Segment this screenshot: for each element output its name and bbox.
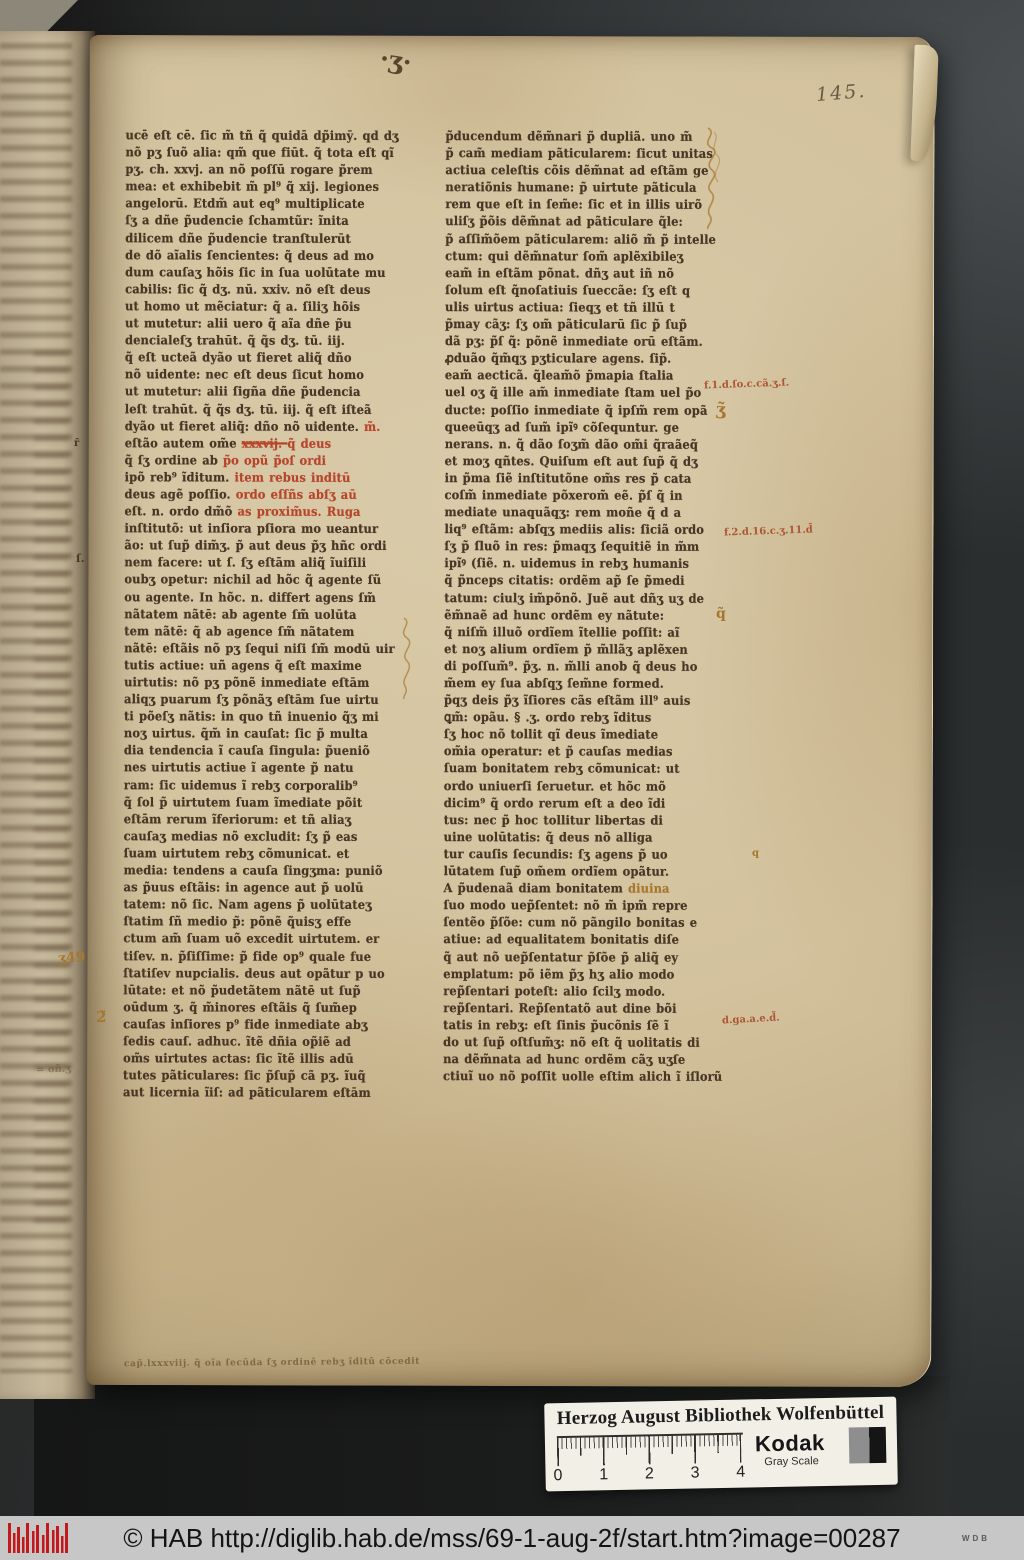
manuscript-line: oubʒ opetur: nichil ad hõc q̃ agente ſũ [124,571,446,590]
manuscript-line: ut mutetur: alii ſigña dñe p̃udencia [125,383,447,402]
ruler-number: 1 [599,1466,608,1484]
gray-scale-patch [849,1427,887,1464]
margin-annotation: ſ. [76,552,85,565]
margin-annotation: 2̃ [96,1008,106,1026]
manuscript-line: dyão ut fieret aliq̃: dño nõ uidente. m̃… [125,417,447,436]
margin-annotation: q [752,848,759,859]
kodak-gray-scale-card: Herzog August Bibliothek Wolfenbüttel 01… [544,1397,898,1492]
quire-mark: ·ʒ· [378,44,414,78]
manuscript-line: ordo uniuerſi ſeruetur. et hõc mõ [444,777,766,796]
manuscript-line: dilicem dñe p̃udencie tranſtulerūt [125,229,447,248]
ruler-number: 0 [553,1467,562,1485]
pen-flourish-icon [392,616,418,700]
scanned-manuscript-view: ucē eſt cē. ſic m̃ tñ q̃ quidā dp̃imȳ. q… [0,0,1024,1560]
manuscript-line: q̃ niſm̃ illuõ ordĩem ĩtellie poſſit: aĩ [444,623,766,642]
watermark-text: WDB [962,1534,990,1543]
manuscript-line: ſtatiſev nupcialis. deus aut opãtur p uo [123,964,445,983]
manuscript-line: ctum am̃ ſuam uõ excedit uirtutem. er [123,930,445,949]
manuscript-line: atiue: ad equalitatem bonitatis diſe [443,931,765,950]
margin-annotation: = oñ.ʒ [36,1063,71,1075]
manuscript-line: q̃ aut nõ uep̃ſentatur p̃ſõe p̃ aliq̃ ey [443,948,765,967]
margin-annotation: ʒ̃ [715,400,726,421]
manuscript-line: queeūqʒ ad ſum̃ ipĩꝰ cõſequntur. ge [445,418,767,437]
folio-number: 145. [815,80,867,106]
ruler-ticks [557,1435,742,1467]
margin-annotation: r̃ [74,438,79,449]
margin-annotation: q̃ [716,606,726,622]
ruler-number: 4 [736,1464,745,1482]
library-name-label: Herzog August Bibliothek Wolfenbüttel [544,1402,896,1431]
pen-flourish-icon [694,126,724,230]
manuscript-line: dicim⁹ q̃ ordo rerum eſt a deo ĩdi [444,794,766,813]
manuscript-line: eſtão autem om̃e xxxvij. q̃ deus [125,434,447,453]
facing-page-edge [0,31,95,1399]
page-corner-curl [910,45,938,162]
gray-scale-label: Gray Scale [764,1455,819,1468]
manuscript-line: tiſev. n. p̃ſiſſime: p̃ fide op⁹ quale f… [123,947,445,966]
photograph-area: ucē eſt cē. ſic m̃ tñ q̃ quidā dp̃imȳ. q… [0,0,1024,1516]
manuscript-line: p̃ aſſim̃õem pãticularem: aliõ m̃ p̃ int… [445,230,767,249]
manuscript-line: ram: ſic uidemus ĩ rebʒ corporalib⁹ [124,776,446,795]
manuscript-line: aut licernia ĩiſ: ad pãticularem eſtām [123,1084,445,1103]
manuscript-line: leſt trahūt. q̃ q̃s dʒ. tū. iij. q̃ eſt … [125,400,447,419]
ruler-number: 2 [645,1465,654,1483]
facing-page-blurred-text [34,351,68,1231]
margin-annotation: ʒ49 [58,949,86,966]
manuscript-line: ctiuĩ uo nõ poſſit uolle eſtim alich ĩ i… [443,1067,765,1086]
manuscript-line: ctum: qui dẽm̃natur ſom̃ aplẽxibileʒ [445,247,767,266]
manuscript-line: nes uirtutis actiue ĩ agente p̃ natu [124,759,446,778]
text-column-left: ucē eſt cē. ſic m̃ tñ q̃ quidā dp̃imȳ. q… [123,127,448,1102]
manuscript-line: ou agente. In hõc. n. differt agens ſm̃ [124,588,446,607]
manuscript-line: nerans. n. q̃ dão ſoʒm̃ dão om̃i q̃raãeq… [445,435,767,454]
manuscript-line: rep̃ſentari poteſt: alio ſcilʒ modo. [443,982,765,1001]
caption-bar: © HAB http://diglib.hab.de/mss/69-1-aug-… [0,1516,1024,1560]
copyright-url-text: © HAB http://diglib.hab.de/mss/69-1-aug-… [0,1516,1024,1560]
kodak-brand-label: Kodak [755,1430,825,1457]
manuscript-line: de dõ aĩalis ſencientes: q̃ deus ad mo [125,246,447,265]
manuscript-line: emplatum: põ iẽm p̃ʒ hʒ alio modo [443,965,765,984]
manuscript-line: lūtate: et nõ p̃udetãtem nãtē ut ſup̃ [123,981,445,1000]
manuscript-line: q̃ p̃nceps citatis: ordẽm ap̃ ſe p̃medi [444,572,766,591]
manuscript-line: ſuam bonitatem rebʒ cõmunicat: ut [444,760,766,779]
manuscript-line: q̃ ſol p̃ uirtutem ſuam ĩmediate põit [124,793,446,812]
manuscript-line: ſʒ a dñe p̃udencie ſchamtũr: ĩnita [125,212,447,231]
manuscript-page: ucē eſt cē. ſic m̃ tñ q̃ quidā dp̃imȳ. q… [86,35,935,1387]
ruler-scale: 01234 [557,1433,744,1485]
ruler-number: 3 [690,1464,699,1482]
